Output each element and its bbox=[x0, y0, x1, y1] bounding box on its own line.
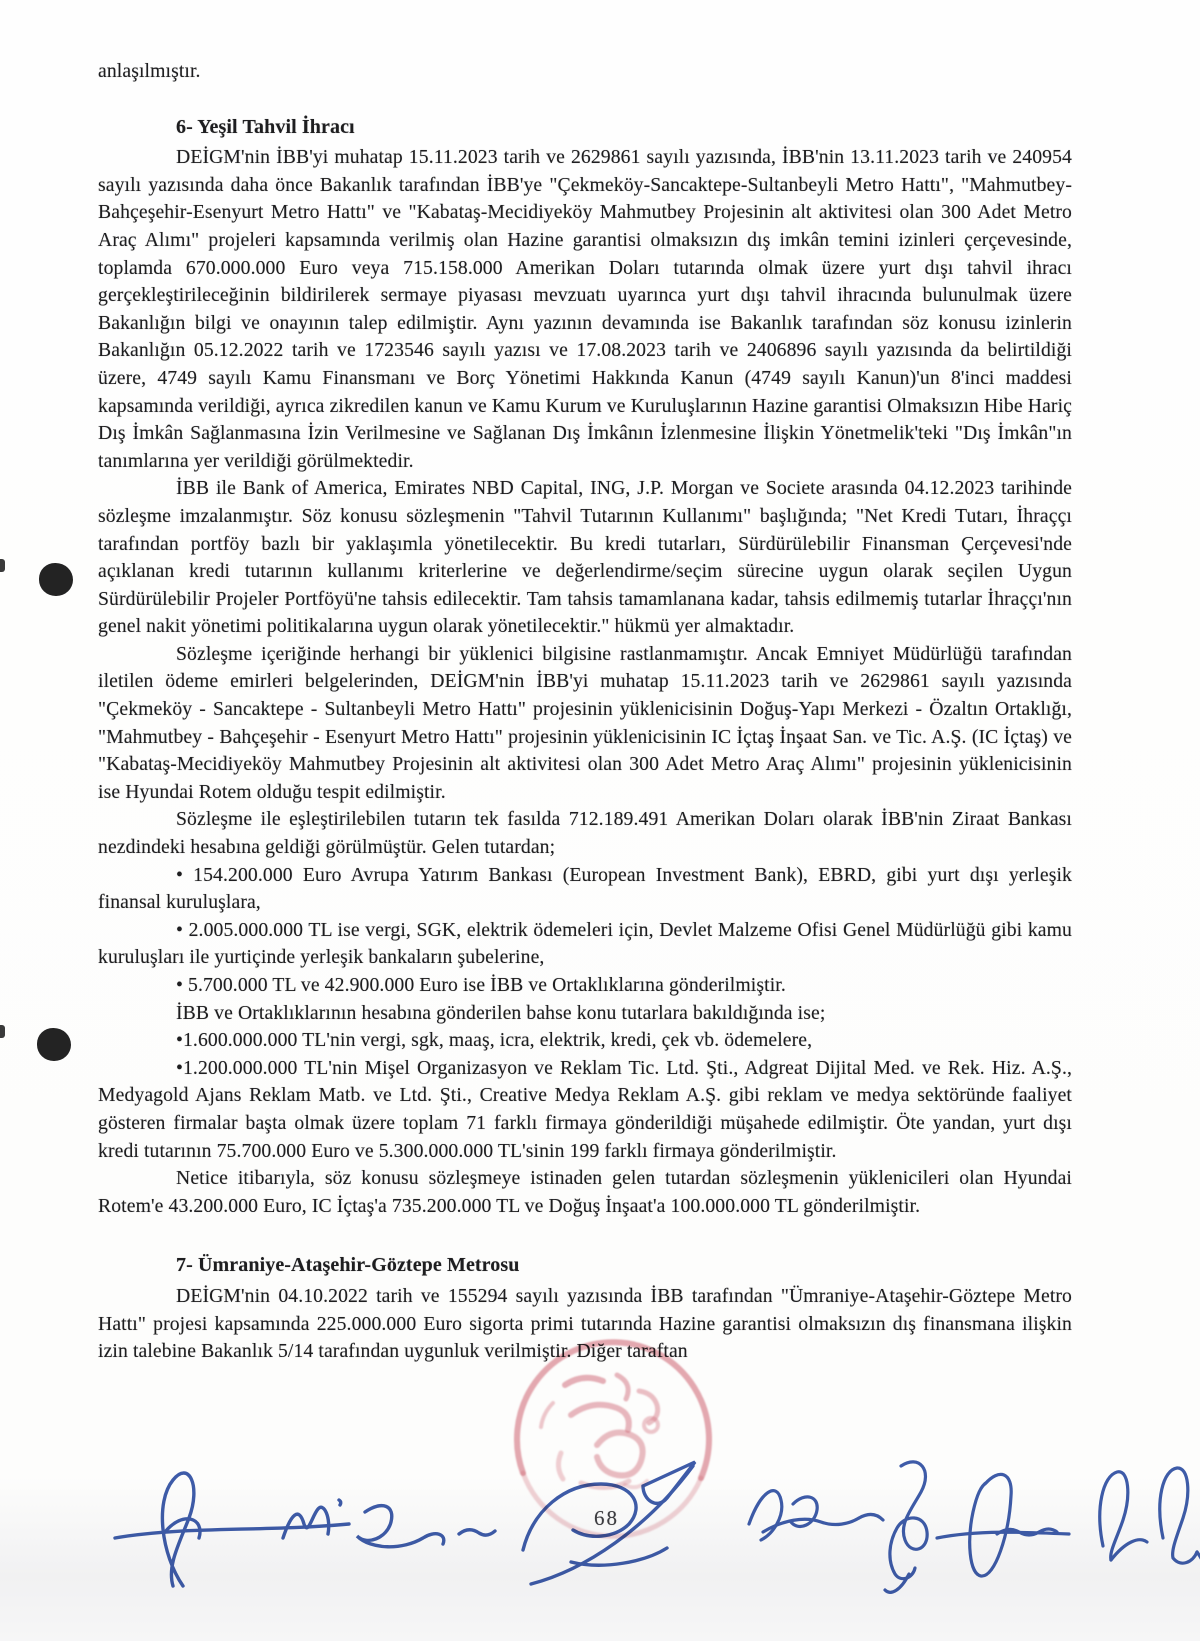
punch-hole bbox=[39, 563, 73, 596]
bullet-item: • 154.200.000 Euro Avrupa Yatırım Bankas… bbox=[98, 862, 1072, 917]
document-paragraph: DEİGM'nin İBB'yi muhatap 15.11.2023 tari… bbox=[98, 144, 1072, 475]
bullet-item: • 2.005.000.000 TL ise vergi, SGK, elekt… bbox=[98, 917, 1072, 972]
bullet-item: • 5.700.000 TL ve 42.900.000 Euro ise İB… bbox=[98, 972, 1072, 1000]
document-paragraph: Sözleşme ile eşleştirilebilen tutarın te… bbox=[98, 806, 1072, 861]
section-heading-6: 6- Yeşil Tahvil İhracı bbox=[176, 114, 1072, 142]
document-paragraph: Netice itibarıyla, söz konusu sözleşmeye… bbox=[98, 1165, 1072, 1220]
signature-left-group bbox=[103, 1440, 725, 1608]
document-paragraph: DEİGM'nin 04.10.2022 tarih ve 155294 say… bbox=[98, 1283, 1072, 1366]
signature-right-group bbox=[733, 1448, 1200, 1600]
document-paragraph: İBB ve Ortaklıklarının hesabına gönderil… bbox=[98, 1000, 1072, 1028]
document-paragraph: İBB ile Bank of America, Emirates NBD Ca… bbox=[98, 475, 1072, 641]
document-paragraph: Sözleşme içeriğinde herhangi bir yükleni… bbox=[98, 641, 1072, 807]
scan-edge-mark bbox=[0, 1025, 5, 1038]
punch-hole bbox=[37, 1028, 71, 1061]
section-heading-7: 7- Ümraniye-Ataşehir-Göztepe Metrosu bbox=[176, 1252, 1072, 1280]
document-paragraph: anlaşılmıştır. bbox=[98, 58, 1072, 86]
document-body: anlaşılmıştır. 6- Yeşil Tahvil İhracı DE… bbox=[98, 58, 1072, 1366]
scanned-document-page: anlaşılmıştır. 6- Yeşil Tahvil İhracı DE… bbox=[0, 0, 1200, 1641]
scan-edge-mark bbox=[0, 559, 5, 572]
bullet-item: •1.600.000.000 TL'nin vergi, sgk, maaş, … bbox=[98, 1027, 1072, 1055]
page-number: 68 bbox=[594, 1506, 619, 1531]
bullet-item: •1.200.000.000 TL'nin Mişel Organizasyon… bbox=[98, 1055, 1072, 1165]
